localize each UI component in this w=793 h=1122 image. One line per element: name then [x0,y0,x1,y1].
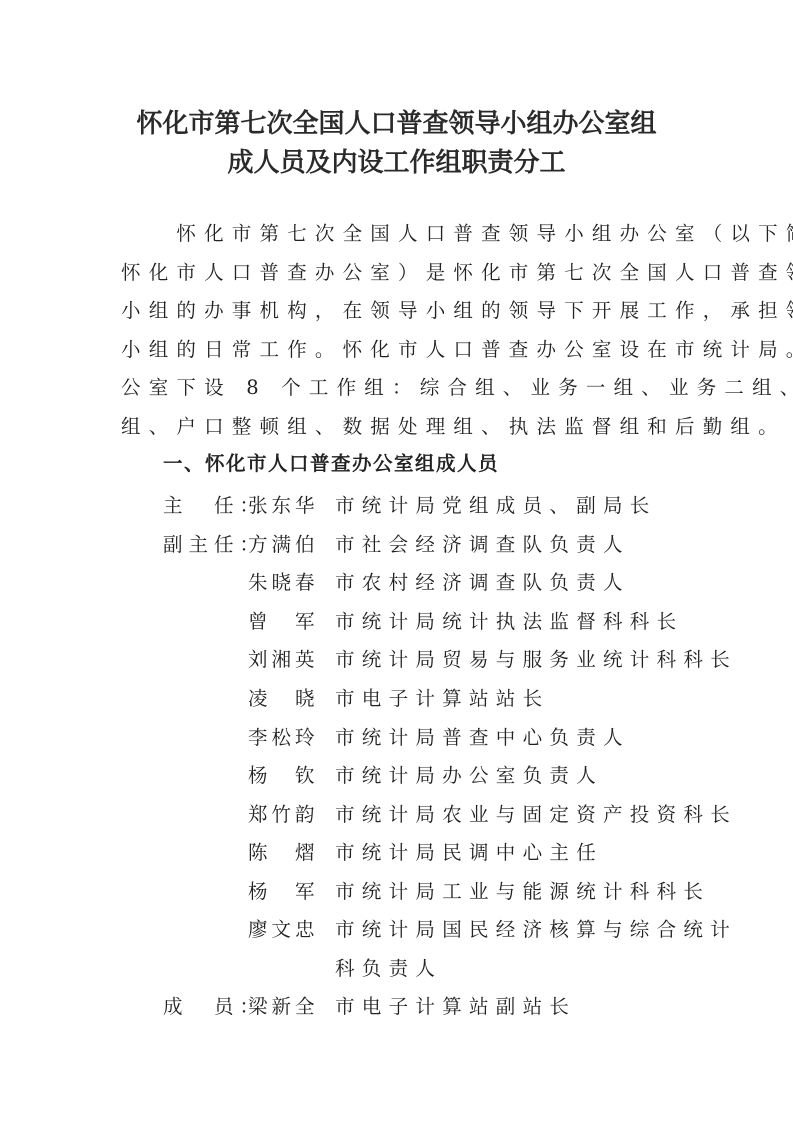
member-name: 杨 钦 [248,760,319,788]
member-name: 廖文忠 [248,914,319,942]
member-name: 朱晓春 [248,567,319,595]
intro-line: 小组的日常工作。怀化市人口普查办公室设在市统计局。办 [121,331,681,370]
member-post: 市农村经济调查队负责人 [335,567,630,595]
member-name: 凌 晓 [248,683,319,711]
intro-line: 公室下设 8 个工作组：综合组、业务一组、业务二组、宣传 [121,369,681,408]
member-name: 张东华 [248,490,319,518]
intro-paragraph: 怀化市第七次全国人口普查领导小组办公室（以下简称 怀化市人口普查办公室）是怀化市… [121,215,681,447]
member-post: 市统计局民调中心主任 [335,837,603,865]
member-post: 市电子计算站副站长 [335,991,576,1019]
section-heading: 一、怀化市人口普查办公室组成人员 [163,448,499,476]
member-name: 杨 军 [248,876,319,904]
member-post: 市电子计算站站长 [335,683,549,711]
member-post: 市统计局工业与能源统计科科长 [335,876,710,904]
member-post: 市统计局办公室负责人 [335,760,603,788]
intro-line: 小组的办事机构，在领导小组的领导下开展工作，承担领导 [121,292,681,331]
member-name: 郑竹韵 [248,799,319,827]
member-post: 市统计局党组成员、副局长 [335,490,657,518]
document-page: 怀化市第七次全国人口普查领导小组办公室组 成人员及内设工作组职责分工 怀化市第七… [0,0,793,1122]
member-name: 方满伯 [248,529,319,557]
member-name: 李松玲 [248,722,319,750]
intro-line: 怀化市第七次全国人口普查领导小组办公室（以下简称 [121,215,681,254]
document-title-line-2: 成人员及内设工作组职责分工 [0,142,793,179]
member-post: 科负责人 [335,953,442,981]
member-name: 刘湘英 [248,644,319,672]
member-post: 市统计局普查中心负责人 [335,722,630,750]
intro-line: 怀化市人口普查办公室）是怀化市第七次全国人口普查领导 [121,254,681,293]
member-post: 市统计局统计执法监督科科长 [335,606,683,634]
member-post: 市社会经济调查队负责人 [335,529,630,557]
member-post: 市统计局农业与固定资产投资科长 [335,799,737,827]
document-title-line-1: 怀化市第七次全国人口普查领导小组办公室组 [0,103,793,140]
member-post: 市统计局贸易与服务业统计科科长 [335,644,737,672]
member-name: 梁新全 [248,991,319,1019]
member-post: 市统计局国民经济核算与综合统计 [335,914,737,942]
member-name: 陈 熠 [248,837,319,865]
intro-line: 组、户口整顿组、数据处理组、执法监督组和后勤组。 [121,408,681,447]
member-name: 曾 军 [248,606,319,634]
